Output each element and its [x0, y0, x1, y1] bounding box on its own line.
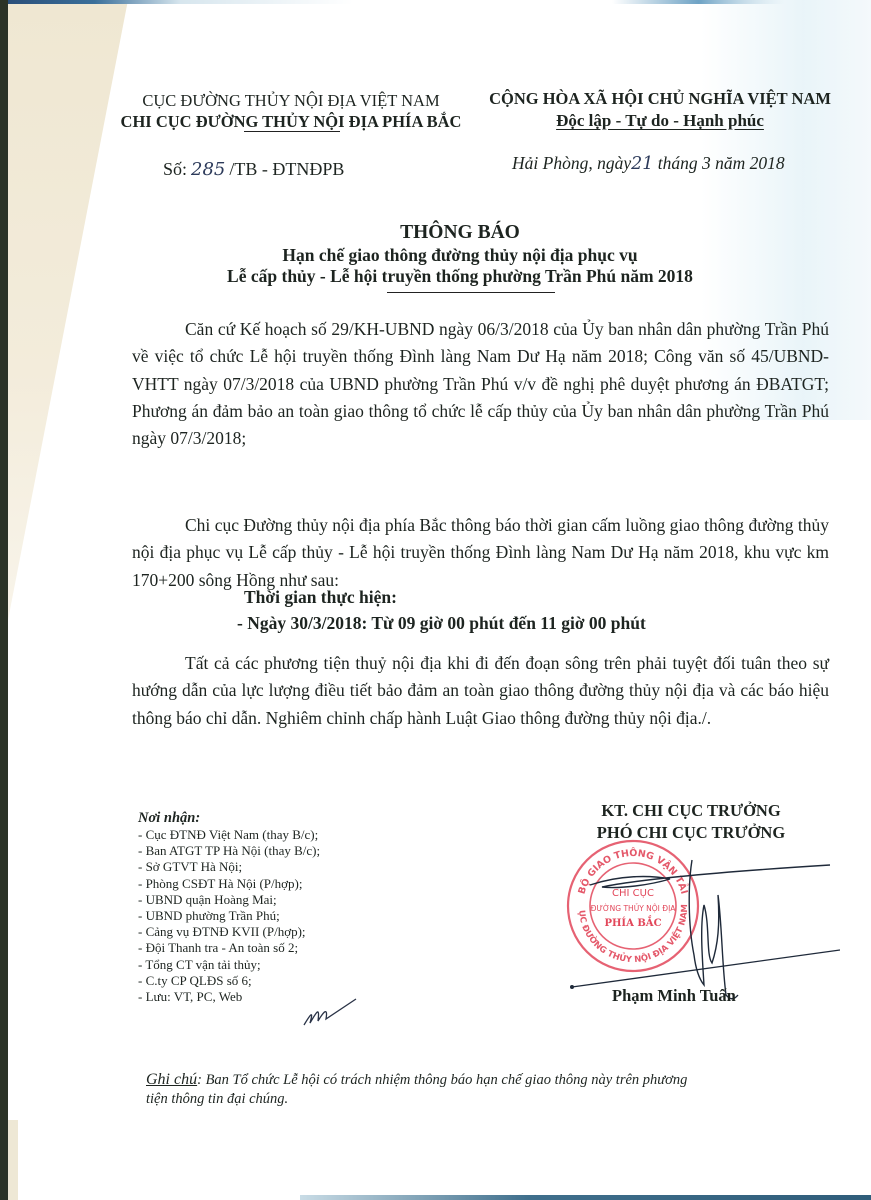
recipient-item: - Lưu: VT, PC, Web	[138, 989, 320, 1005]
footnote-text: : Ban Tổ chức Lễ hội có trách nhiệm thôn…	[197, 1072, 687, 1088]
footnote-text-2: tiện thông tin đại chúng.	[146, 1090, 687, 1109]
footnote-label: Ghi chú	[146, 1071, 197, 1088]
recipient-item: - UBND quận Hoàng Mai;	[138, 892, 320, 908]
recipient-item: - Tổng CT vận tải thủy;	[138, 957, 320, 973]
recipient-item: - UBND phường Trần Phú;	[138, 908, 320, 924]
recipient-item: - Cảng vụ ĐTNĐ KVII (P/hợp);	[138, 924, 320, 940]
time-value: - Ngày 30/3/2018: Từ 09 giờ 00 phút đến …	[237, 613, 646, 634]
doc-number-suffix: /TB - ĐTNĐPB	[229, 159, 344, 179]
document-title: THÔNG BÁO Hạn chế giao thông đường thủy …	[150, 220, 770, 287]
agency-parent: CỤC ĐƯỜNG THỦY NỘI ĐỊA VIỆT NAM	[118, 90, 464, 111]
scan-shadow	[8, 0, 128, 620]
national-motto: Độc lập - Tự do - Hạnh phúc	[470, 110, 850, 132]
recipient-item: - Ban ATGT TP Hà Nội (thay B/c);	[138, 843, 320, 859]
body-paragraph-announcement: Chi cục Đường thủy nội địa phía Bắc thôn…	[132, 512, 829, 594]
recipients-list: Nơi nhận: - Cục ĐTNĐ Việt Nam (thay B/c)…	[138, 809, 320, 1005]
scan-edge	[0, 0, 8, 1200]
body-paragraph-compliance: Tất cả các phương tiện thuỷ nội địa khi …	[132, 650, 829, 732]
national-header: CỘNG HÒA XÃ HỘI CHỦ NGHĨA VIỆT NAM Độc l…	[470, 88, 850, 132]
document-number: Số:285/TB - ĐTNĐPB	[163, 159, 344, 180]
agency-name: CHI CỤC ĐƯỜNG THỦY NỘI ĐỊA PHÍA BẮC	[118, 111, 464, 132]
recipient-item: - Phòng CSĐT Hà Nội (P/hợp);	[138, 876, 320, 892]
agency-underline	[244, 131, 340, 132]
signer-name: Phạm Minh Tuấn	[612, 986, 736, 1006]
scan-bottom-edge	[300, 1195, 871, 1200]
issue-date: Hải Phòng, ngày21 tháng 3 năm 2018	[512, 153, 785, 174]
agency-header: CỤC ĐƯỜNG THỦY NỘI ĐỊA VIỆT NAM CHI CỤC …	[118, 90, 464, 132]
signature-line-1: KT. CHI CỤC TRƯỞNG	[560, 800, 822, 822]
date-rest: tháng 3 năm 2018	[653, 153, 784, 173]
title-subtitle-2: Lễ cấp thủy - Lễ hội truyền thống phường…	[150, 266, 770, 287]
doc-number-handwritten: 285	[187, 159, 229, 180]
body-paragraph-basis: Căn cứ Kế hoạch số 29/KH-UBND ngày 06/3/…	[132, 316, 829, 452]
doc-number-prefix: Số:	[163, 159, 187, 179]
date-prefix: Hải Phòng, ngày	[512, 153, 631, 173]
national-title: CỘNG HÒA XÃ HỘI CHỦ NGHĨA VIỆT NAM	[470, 88, 850, 110]
footnote: Ghi chú: Ban Tổ chức Lễ hội có trách nhi…	[146, 1070, 687, 1109]
title-main: THÔNG BÁO	[150, 220, 770, 245]
title-underline	[387, 292, 555, 293]
time-label: Thời gian thực hiện:	[244, 587, 397, 608]
title-subtitle-1: Hạn chế giao thông đường thủy nội địa ph…	[150, 245, 770, 266]
recipients-heading: Nơi nhận:	[138, 809, 320, 827]
recipient-item: - Cục ĐTNĐ Việt Nam (thay B/c);	[138, 827, 320, 843]
recipient-item: - C.ty CP QLĐS số 6;	[138, 973, 320, 989]
date-day-handwritten: 21	[631, 154, 653, 174]
recipient-item: - Sở GTVT Hà Nội;	[138, 859, 320, 875]
recipient-item: - Đội Thanh tra - An toàn số 2;	[138, 940, 320, 956]
scan-shadow-bottom	[8, 1120, 18, 1200]
initials-scribble-icon	[300, 995, 360, 1031]
